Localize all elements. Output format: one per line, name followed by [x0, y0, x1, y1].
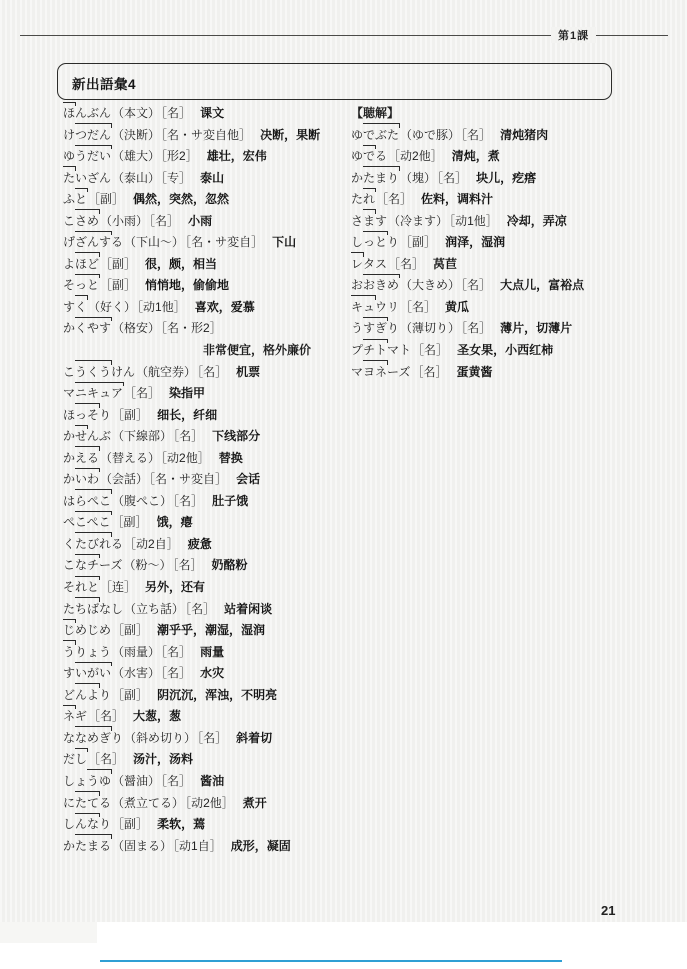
- vocab-kanji-annotation: （斜め切り）: [124, 731, 196, 745]
- vocab-word: げざんする: [63, 235, 123, 249]
- vocab-word: どんより: [63, 688, 111, 702]
- textbook-scan-page: 第1課 新出語彙4 ほんぶん（本文）［名］课文けつだん（決断）［名・サ変自他］决…: [0, 0, 687, 969]
- scan-edge-remnant: [0, 922, 97, 943]
- vocab-entry: キュウリ［名］黄瓜: [351, 297, 681, 319]
- vocab-word: しょうゆ: [63, 774, 111, 788]
- vocab-entry: かたまり（塊）［名］块儿，疙瘩: [351, 168, 681, 190]
- pitch-accent-overline: た: [63, 168, 75, 190]
- vocab-pos-tag: ［名］: [388, 257, 424, 271]
- vocab-entry: しょうゆ（醤油）［名］酱油: [63, 771, 363, 793]
- vocab-kanji-annotation: （下山〜）: [124, 235, 184, 249]
- pitch-accent-overline: つだん: [75, 125, 111, 147]
- vocab-pos-tag: ［副］: [100, 257, 136, 271]
- vocab-pos-tag: ［名］: [461, 278, 491, 292]
- vocab-word: だし: [63, 752, 87, 766]
- vocab-pos-tag: ［名］: [437, 171, 467, 185]
- vocab-pos-tag: ［名］: [461, 321, 491, 335]
- vocab-column-main: ほんぶん（本文）［名］课文けつだん（決断）［名・サ変自他］决断，果断ゆうだい（雄…: [63, 103, 363, 857]
- vocab-entry: ほんぶん（本文）［名］课文: [63, 103, 363, 125]
- vocab-meaning: 疲惫: [188, 537, 212, 551]
- vocab-kanji-annotation: （雨量）: [112, 645, 160, 659]
- vocab-word: すいがい: [63, 666, 111, 680]
- vocab-meaning: 酱油: [200, 774, 224, 788]
- vocab-word: マニキュア: [63, 386, 123, 400]
- vocab-word: かいわ: [63, 472, 99, 486]
- vocab-entry: かせんぶ（下線部）［名］下线部分: [63, 426, 363, 448]
- vocab-meaning: 大葱，葱: [133, 709, 181, 723]
- vocab-entry: さます（冷ます）［动1他］冷却，弄凉: [351, 211, 681, 233]
- vocab-entry: けつだん（決断）［名・サ変自他］决断，果断: [63, 125, 363, 147]
- vocab-pos-tag: ［动2自］: [124, 537, 179, 551]
- vocab-entry: マニキュア［名］染指甲: [63, 383, 363, 405]
- pitch-accent-overline: と: [75, 189, 87, 211]
- vocab-meaning: 煮开: [243, 796, 267, 810]
- vocab-entry: うすぎり（薄切り）［名］薄片，切薄片: [351, 318, 681, 340]
- vocab-word: ぺこぺこ: [63, 515, 111, 529]
- vocab-entry: それと［连］另外，还有: [63, 577, 363, 599]
- vocab-entry: たちばなし（立ち話）［名］站着闲谈: [63, 599, 363, 621]
- vocab-entry: かいわ（会話）［名・サ変自］会话: [63, 469, 363, 491]
- vocab-word: かくやす: [63, 321, 111, 335]
- vocab-entry: だし［名］汤汁，汤料: [63, 749, 363, 771]
- vocab-pos-tag: ［名］: [173, 494, 203, 508]
- vocab-meaning: 会话: [236, 472, 260, 486]
- vocab-entry: ネギ［名］大葱，葱: [63, 706, 363, 728]
- vocab-kanji-annotation: （替える）: [100, 451, 160, 465]
- vocab-word: キュウリ: [351, 300, 399, 314]
- vocab-pos-tag: ［名］: [161, 774, 191, 788]
- pitch-accent-overline: いわ: [75, 469, 99, 491]
- pitch-accent-overline: ニキュア: [75, 383, 123, 405]
- vocab-meaning: 雄壮，宏伟: [207, 149, 267, 163]
- section-title: 新出語彙4: [72, 73, 136, 93]
- vocab-entry: すく（好く）［动1他］喜欢，爱慕: [63, 297, 363, 319]
- vocab-word: くたびれる: [63, 537, 123, 551]
- vocab-entry: くたびれる［动2自］疲惫: [63, 534, 363, 556]
- pitch-accent-overline: れと: [75, 577, 99, 599]
- pitch-accent-overline: おきめ: [363, 275, 399, 297]
- vocab-pos-tag: ［名・形2］: [161, 321, 222, 335]
- vocab-meaning: 阴沉沉，浑浊，不明亮: [157, 688, 277, 702]
- pitch-accent-overline: れ: [363, 189, 375, 211]
- pitch-accent-overline: ま: [363, 211, 375, 233]
- vocab-pos-tag: ［名］: [197, 731, 227, 745]
- vocab-pos-tag: ［名］: [149, 214, 179, 228]
- vocab-kanji-annotation: （格安）: [112, 321, 160, 335]
- vocab-meaning: 润泽，湿润: [445, 235, 505, 249]
- vocab-kanji-annotation: （決断）: [112, 128, 160, 142]
- vocab-meaning: 块儿，疙瘩: [476, 171, 536, 185]
- vocab-entry: かたまる（固まる）［动1自］成形，凝固: [63, 836, 363, 858]
- vocab-meaning: 泰山: [200, 171, 224, 185]
- vocab-word: けつだん: [63, 128, 111, 142]
- pitch-accent-overline: んよ: [75, 685, 99, 707]
- vocab-word: ゆでる: [351, 149, 387, 163]
- vocab-meaning: 黄瓜: [445, 300, 469, 314]
- vocab-pos-tag: ［名］: [161, 106, 191, 120]
- pitch-accent-overline: っと: [363, 232, 387, 254]
- vocab-meaning: 机票: [236, 365, 260, 379]
- vocab-entry: レタス［名］莴苣: [351, 254, 681, 276]
- vocab-word: こうくうけん: [63, 365, 135, 379]
- vocab-pos-tag: ［副］: [112, 408, 148, 422]
- vocab-word: うりょう: [63, 645, 111, 659]
- vocab-meaning: 染指甲: [169, 386, 205, 400]
- vocab-meaning: 另外，还有: [145, 580, 205, 594]
- pitch-accent-overline: いがい: [75, 663, 111, 685]
- vocab-entry: ななめぎり（斜め切り）［名］斜着切: [63, 728, 363, 750]
- pitch-accent-overline: く: [75, 297, 87, 319]
- vocab-word: かえる: [63, 451, 99, 465]
- pitch-accent-overline: たまる: [75, 836, 111, 858]
- vocab-word: かせんぶ: [63, 429, 111, 443]
- vocab-word: ほんぶん: [63, 106, 111, 120]
- vocab-pos-tag: ［名］: [461, 128, 491, 142]
- vocab-kanji-annotation: （粉〜）: [123, 558, 171, 572]
- vocab-kanji-annotation: （会話）: [100, 472, 148, 486]
- pitch-accent-overline: レ: [351, 254, 363, 276]
- pitch-accent-overline: うだい: [75, 146, 111, 168]
- vocab-word: よほど: [63, 257, 99, 271]
- vocab-entry: おおきめ（大きめ）［名］大点儿，富裕点: [351, 275, 681, 297]
- vocab-pos-tag: ［名］: [411, 365, 447, 379]
- vocab-pos-tag: ［副］: [100, 278, 136, 292]
- vocab-meaning: 斜着切: [236, 731, 272, 745]
- scanned-paper: 第1課 新出語彙4 ほんぶん（本文）［名］课文けつだん（決断）［名・サ変自他］决…: [0, 0, 687, 922]
- vocab-pos-tag: ［名］: [197, 365, 227, 379]
- vocab-kanji-annotation: （本文）: [112, 106, 160, 120]
- vocab-meaning: 清炖，煮: [452, 149, 500, 163]
- vocab-list-listening: ゆでぶた（ゆで豚）［名］清炖猪肉ゆでる［动2他］清炖，煮かたまり（塊）［名］块儿…: [351, 125, 681, 384]
- vocab-meaning: 很，颇，相当: [145, 257, 217, 271]
- pitch-accent-overline: たびれ: [75, 534, 111, 556]
- vocab-meaning: 潮乎乎，潮湿，湿润: [157, 623, 265, 637]
- vocab-word: ゆうだい: [63, 149, 111, 163]
- vocab-word: にたてる: [63, 796, 111, 810]
- vocab-meaning: 站着闲谈: [224, 602, 272, 616]
- vocab-entry: マヨネーズ［名］蛋黄酱: [351, 362, 681, 384]
- vocab-pos-tag: ［动1他］: [137, 300, 186, 314]
- vocab-entry: そっと［副］悄悄地，偷偷地: [63, 275, 363, 297]
- vocab-entry: こなチーズ（粉〜）［名］奶酪粉: [63, 555, 363, 577]
- pitch-accent-overline: う: [63, 642, 75, 664]
- pitch-accent-overline: でぶた: [363, 125, 399, 147]
- vocab-pos-tag: ［动2他］: [161, 451, 210, 465]
- pitch-accent-overline: たまり: [363, 168, 399, 190]
- vocab-entry: すいがい（水害）［名］水灾: [63, 663, 363, 685]
- vocab-word: かたまる: [63, 839, 111, 853]
- vocab-meaning: 细长，纤细: [157, 408, 217, 422]
- vocab-meaning: 柔软，蔫: [157, 817, 205, 831]
- vocab-pos-tag: ［连］: [100, 580, 136, 594]
- vocab-kanji-annotation: （薄切り）: [400, 321, 460, 335]
- pitch-accent-overline: なチ: [75, 555, 99, 577]
- vocab-entry: ほっそり［副］细长，纤细: [63, 405, 363, 427]
- vocab-pos-tag: ［名］: [185, 602, 215, 616]
- vocab-entry: はらぺこ（腹ぺこ）［名］肚子饿: [63, 491, 363, 513]
- vocab-meaning: 悄悄地，偷偷地: [145, 278, 229, 292]
- vocab-entry: しっとり［副］润泽，湿润: [351, 232, 681, 254]
- vocab-pos-tag: ［副］: [88, 192, 124, 206]
- vocab-kanji-annotation: （雄大）: [112, 149, 160, 163]
- vocab-meaning: 大点儿，富裕点: [500, 278, 584, 292]
- vocab-word: ネギ: [63, 709, 87, 723]
- pitch-accent-overline: チト: [363, 340, 387, 362]
- vocab-pos-tag: ［名・サ変自他］: [161, 128, 251, 142]
- vocab-word: こさめ: [63, 214, 99, 228]
- pitch-accent-overline: こぺこ: [75, 512, 111, 534]
- pitch-accent-overline: キュ: [351, 297, 375, 319]
- pitch-accent-overline: んな: [75, 814, 99, 836]
- vocab-pos-tag: ［名］: [412, 343, 448, 357]
- pitch-accent-overline: うくう: [75, 362, 111, 384]
- pitch-accent-overline: うゆ: [87, 771, 111, 793]
- vocab-kanji-annotation: （固まる）: [112, 839, 172, 853]
- bottom-blue-line: [100, 960, 562, 962]
- vocab-word: ななめぎり: [63, 731, 123, 745]
- pitch-accent-overline: たて: [75, 793, 99, 815]
- vocab-entry: しんなり［副］柔软，蔫: [63, 814, 363, 836]
- vocab-word: しんなり: [63, 817, 111, 831]
- pitch-accent-overline: なめぎ: [75, 728, 111, 750]
- vocab-word: じめじめ: [63, 623, 111, 637]
- vocab-meaning: 成形，凝固: [231, 839, 291, 853]
- vocab-pos-tag: ［副］: [112, 515, 148, 529]
- vocab-pos-tag: ［名］: [376, 192, 412, 206]
- vocab-meaning: 雨量: [200, 645, 224, 659]
- vocab-word: しっとり: [351, 235, 399, 249]
- vocab-kanji-annotation: （立ち話）: [124, 602, 184, 616]
- vocab-pos-tag: ［名］: [88, 752, 124, 766]
- vocab-pos-tag: ［形2］: [161, 149, 198, 163]
- pitch-accent-overline: ざんす: [75, 232, 111, 254]
- vocab-kanji-annotation: （煮立てる）: [112, 796, 184, 810]
- vocab-kanji-annotation: （塊）: [400, 171, 436, 185]
- vocab-meaning: 莴苣: [433, 257, 457, 271]
- pitch-accent-overline: さめ: [75, 211, 99, 233]
- vocab-entry: ぺこぺこ［副］饿，瘪: [63, 512, 363, 534]
- vocab-kanji-annotation: （ゆで豚）: [400, 128, 460, 142]
- vocab-pos-tag: ［动1他］: [449, 214, 498, 228]
- vocab-word: すく: [63, 300, 87, 314]
- vocab-word: ゆでぶた: [351, 128, 399, 142]
- vocab-entry: かくやす（格安）［名・形2］: [63, 318, 363, 340]
- vocab-entry: よほど［副］很，颇，相当: [63, 254, 363, 276]
- vocab-entry: じめじめ［副］潮乎乎，潮湿，湿润: [63, 620, 363, 642]
- vocab-entry: たれ［名］佐料，调料汁: [351, 189, 681, 211]
- lesson-label: 第1課: [551, 27, 596, 43]
- vocab-word: たいざん: [63, 171, 111, 185]
- vocab-word: プチトマト: [351, 343, 411, 357]
- vocab-meaning: 蛋黄酱: [456, 365, 492, 379]
- vocab-kanji-annotation: （水害）: [112, 666, 160, 680]
- vocab-meaning: 冷却，弄凉: [507, 214, 567, 228]
- vocab-meaning: 圣女果，小西红柿: [457, 343, 553, 357]
- vocab-pos-tag: ［副］: [400, 235, 436, 249]
- vocab-pos-tag: ［动2他］: [388, 149, 443, 163]
- vocab-entry: プチトマト［名］圣女果，小西红柿: [351, 340, 681, 362]
- vocab-meaning: 奶酪粉: [211, 558, 247, 572]
- vocab-kanji-annotation: （大きめ）: [400, 278, 460, 292]
- pitch-accent-overline: くやす: [75, 318, 111, 340]
- vocab-meaning: 课文: [200, 106, 224, 120]
- vocab-entry: ふと［副］偶然，突然，忽然: [63, 189, 363, 211]
- pitch-accent-overline: し: [75, 749, 87, 771]
- vocab-entry: こさめ（小雨）［名］小雨: [63, 211, 363, 233]
- vocab-meaning: 小雨: [188, 214, 212, 228]
- vocab-pos-tag: ［名・サ変自］: [185, 235, 263, 249]
- vocab-meaning: 汤汁，汤料: [133, 752, 193, 766]
- vocab-entry: こうくうけん（航空券）［名］机票: [63, 362, 363, 384]
- vocab-word: たちばなし: [63, 602, 123, 616]
- vocab-meaning: 下线部分: [212, 429, 260, 443]
- page-number: 21: [601, 903, 615, 918]
- vocab-meaning: 下山: [272, 235, 296, 249]
- pitch-accent-overline: ほ: [63, 103, 75, 125]
- vocab-meaning: 决断，果断: [260, 128, 320, 142]
- pitch-accent-overline: える: [75, 448, 99, 470]
- vocab-pos-tag: ［名］: [88, 709, 124, 723]
- vocab-pos-tag: ［名］: [161, 666, 191, 680]
- vocab-word: おおきめ: [351, 278, 399, 292]
- vocab-meaning: 饿，瘪: [157, 515, 193, 529]
- vocab-pos-tag: ［名］: [400, 300, 436, 314]
- vocab-entry: にたてる（煮立てる）［动2他］煮开: [63, 793, 363, 815]
- vocab-pos-tag: ［动2他］: [185, 796, 234, 810]
- vocab-entry: うりょう（雨量）［名］雨量: [63, 642, 363, 664]
- vocab-pos-tag: ［专］: [161, 171, 191, 185]
- vocab-entry: ゆでる［动2他］清炖，煮: [351, 146, 681, 168]
- vocab-meaning: 肚子饿: [212, 494, 248, 508]
- section-title-box: 新出語彙4: [57, 63, 612, 100]
- pitch-accent-overline: っと: [75, 275, 99, 297]
- vocab-meaning: 佐料，调料汁: [421, 192, 493, 206]
- listening-section-header: 【聴解】: [351, 103, 681, 125]
- vocab-meaning: 喜欢，爱慕: [195, 300, 255, 314]
- vocab-pos-tag: ［名］: [172, 558, 202, 572]
- vocab-pos-tag: ［名・サ変自］: [149, 472, 227, 486]
- vocab-word: こなチーズ: [63, 558, 122, 572]
- vocab-pos-tag: ［名］: [173, 429, 203, 443]
- pitch-accent-overline: っそ: [75, 405, 99, 427]
- vocab-word: ほっそり: [63, 408, 111, 422]
- pitch-accent-overline: で: [363, 146, 375, 168]
- vocab-kanji-annotation: （下線部）: [112, 429, 172, 443]
- pitch-accent-overline: せ: [75, 426, 87, 448]
- vocab-word: さます: [351, 214, 387, 228]
- vocab-pos-tag: ［名］: [161, 645, 191, 659]
- pitch-accent-overline: すぎ: [363, 318, 387, 340]
- vocab-meaning: 水灾: [200, 666, 224, 680]
- vocab-word: マヨネーズ: [351, 365, 410, 379]
- pitch-accent-overline: らぺこ: [75, 491, 111, 513]
- vocab-word: レタス: [351, 257, 387, 271]
- pitch-accent-overline: ちば: [75, 599, 99, 621]
- vocab-column-listening: 【聴解】 ゆでぶた（ゆで豚）［名］清炖猪肉ゆでる［动2他］清炖，煮かたまり（塊）…: [351, 103, 681, 383]
- vocab-meaning: 替换: [219, 451, 243, 465]
- pitch-accent-overline: じ: [63, 620, 75, 642]
- vocab-entry: どんより［副］阴沉沉，浑浊，不明亮: [63, 685, 363, 707]
- vocab-kanji-annotation: （航空券）: [136, 365, 196, 379]
- vocab-kanji-annotation: （泰山）: [112, 171, 160, 185]
- pitch-accent-overline: ネ: [63, 706, 75, 728]
- vocab-kanji-annotation: （冷ます）: [388, 214, 448, 228]
- vocab-entry: ゆうだい（雄大）［形2］雄壮，宏伟: [63, 146, 363, 168]
- vocab-kanji-annotation: （醤油）: [112, 774, 160, 788]
- vocab-word: それと: [63, 580, 99, 594]
- pitch-accent-overline: ほど: [75, 254, 99, 276]
- vocab-pos-tag: ［副］: [112, 688, 148, 702]
- vocab-meaning-continuation: 非常便宜，格外廉价: [63, 340, 363, 362]
- vocab-kanji-annotation: （好く）: [88, 300, 136, 314]
- vocab-pos-tag: ［副］: [112, 623, 148, 637]
- vocab-word: ふと: [63, 192, 87, 206]
- pitch-accent-overline: ヨネ: [363, 362, 387, 384]
- vocab-entry: たいざん（泰山）［专］泰山: [63, 168, 363, 190]
- vocab-entry: ゆでぶた（ゆで豚）［名］清炖猪肉: [351, 125, 681, 147]
- vocab-kanji-annotation: （小雨）: [100, 214, 148, 228]
- vocab-entry: かえる（替える）［动2他］替换: [63, 448, 363, 470]
- vocab-word: はらぺこ: [63, 494, 111, 508]
- vocab-word: うすぎり: [351, 321, 399, 335]
- vocab-word: かたまり: [351, 171, 399, 185]
- vocab-meaning: 偶然，突然，忽然: [133, 192, 229, 206]
- vocab-pos-tag: ［副］: [112, 817, 148, 831]
- vocab-meaning: 薄片，切薄片: [500, 321, 572, 335]
- vocab-entry: げざんする（下山〜）［名・サ変自］下山: [63, 232, 363, 254]
- vocab-pos-tag: ［名］: [124, 386, 160, 400]
- vocab-meaning: 清炖猪肉: [500, 128, 548, 142]
- vocab-pos-tag: ［动1自］: [173, 839, 222, 853]
- vocab-word: そっと: [63, 278, 99, 292]
- vocab-kanji-annotation: （腹ぺこ）: [112, 494, 172, 508]
- vocab-word: たれ: [351, 192, 375, 206]
